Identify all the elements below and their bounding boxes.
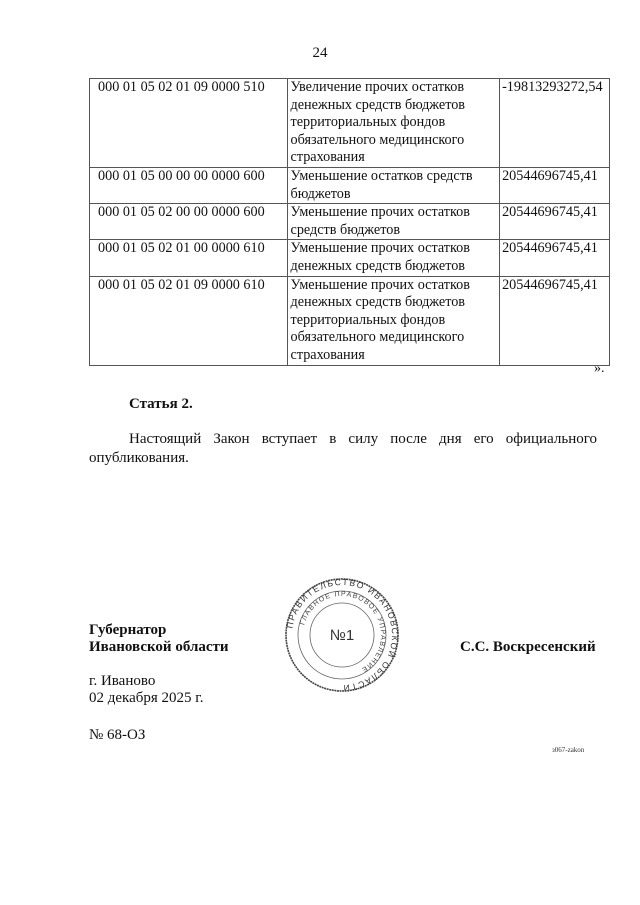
- law-number: № 68-ОЗ: [89, 727, 145, 744]
- budget-amount: 20544696745,41: [500, 276, 610, 365]
- description-line: Уменьшение прочих остатков: [291, 204, 497, 222]
- budget-amount: -19813293272,54: [500, 79, 610, 168]
- table-row: 000 01 05 00 00 00 0000 600 Уменьшение о…: [90, 167, 610, 203]
- description-line: бюджетов: [291, 186, 497, 204]
- document-code: з067-zakon: [552, 746, 584, 754]
- governor-title-line: Ивановской области: [89, 639, 229, 656]
- budget-code: 000 01 05 00 00 00 0000 600: [90, 167, 288, 203]
- budget-description: Уменьшение остатков средств бюджетов: [287, 167, 500, 203]
- budget-code: 000 01 05 02 00 00 0000 600: [90, 204, 288, 240]
- description-line: денежных средств бюджетов: [291, 97, 497, 115]
- closing-quote: ».: [594, 361, 605, 377]
- signing-date: 02 декабря 2025 г.: [89, 690, 204, 707]
- official-seal-icon: ПРАВИТЕЛЬСТВО ИВАНОВСКОЙ ОБЛАСТИ ГЛАВНОЕ…: [284, 577, 400, 693]
- budget-amount: 20544696745,41: [500, 240, 610, 276]
- description-line: территориальных фондов: [291, 114, 497, 132]
- description-line: денежных средств бюджетов: [291, 294, 497, 312]
- table-row: 000 01 05 02 01 00 0000 610 Уменьшение п…: [90, 240, 610, 276]
- description-line: территориальных фондов: [291, 312, 497, 330]
- description-line: Увеличение прочих остатков: [291, 79, 497, 97]
- budget-description: Увеличение прочих остатков денежных сред…: [287, 79, 500, 168]
- table-row: 000 01 05 02 01 09 0000 610 Уменьшение п…: [90, 276, 610, 365]
- governor-title-line: Губернатор: [89, 622, 229, 639]
- table-row: 000 01 05 02 00 00 0000 600 Уменьшение п…: [90, 204, 610, 240]
- description-line: средств бюджетов: [291, 222, 497, 240]
- budget-amount: 20544696745,41: [500, 167, 610, 203]
- budget-code: 000 01 05 02 01 09 0000 610: [90, 276, 288, 365]
- article-text: Настоящий Закон вступает в силу после дн…: [89, 430, 597, 468]
- description-line: денежных средств бюджетов: [291, 258, 497, 276]
- budget-amount: 20544696745,41: [500, 204, 610, 240]
- place-and-date: г. Иваново 02 декабря 2025 г.: [89, 673, 204, 707]
- seal-center-text: №1: [330, 627, 354, 644]
- budget-description: Уменьшение прочих остатков денежных сред…: [287, 276, 500, 365]
- city-name: г. Иваново: [89, 673, 204, 690]
- description-line: страхования: [291, 347, 497, 365]
- governor-name: С.С. Воскресенский: [460, 639, 596, 656]
- table-row: 000 01 05 02 01 09 0000 510 Увеличение п…: [90, 79, 610, 168]
- budget-sources-table: 000 01 05 02 01 09 0000 510 Увеличение п…: [89, 78, 610, 366]
- description-line: страхования: [291, 149, 497, 167]
- description-line: Уменьшение прочих остатков: [291, 277, 497, 295]
- budget-code: 000 01 05 02 01 00 0000 610: [90, 240, 288, 276]
- description-line: обязательного медицинского: [291, 329, 497, 347]
- budget-code: 000 01 05 02 01 09 0000 510: [90, 79, 288, 168]
- description-line: Уменьшение остатков средств: [291, 168, 497, 186]
- description-line: Уменьшение прочих остатков: [291, 240, 497, 258]
- page-number: 24: [0, 45, 640, 62]
- governor-title: Губернатор Ивановской области: [89, 622, 229, 656]
- budget-description: Уменьшение прочих остатков денежных сред…: [287, 240, 500, 276]
- article-title: Статья 2.: [129, 396, 193, 413]
- description-line: обязательного медицинского: [291, 132, 497, 150]
- budget-description: Уменьшение прочих остатков средств бюдже…: [287, 204, 500, 240]
